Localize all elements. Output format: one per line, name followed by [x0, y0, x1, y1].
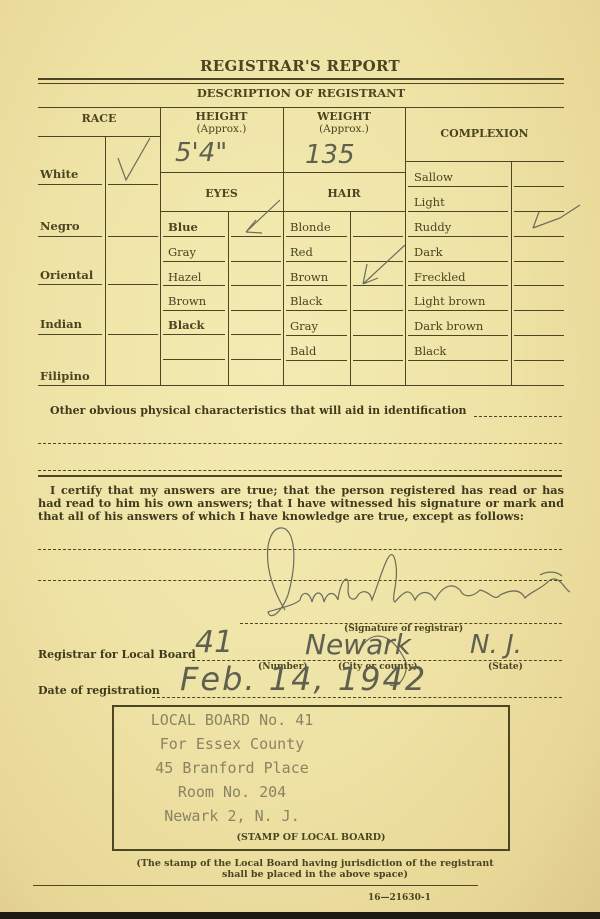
stamp-line-county: For Essex County: [112, 732, 352, 756]
other-characteristics-field[interactable]: [474, 416, 562, 417]
stamp-line-room: Room No. 204: [112, 780, 352, 804]
hair-brown-check-icon: [363, 245, 405, 284]
date-label: Date of registration: [38, 684, 160, 697]
other-characteristics-line-3[interactable]: [38, 470, 562, 471]
stamp-line-address: 45 Branford Place: [112, 756, 352, 780]
local-board-city[interactable]: Newark: [305, 628, 411, 661]
local-board-label: Registrar for Local Board: [38, 648, 196, 661]
stamp-caption: (STAMP OF LOCAL BOARD): [112, 832, 510, 843]
date-value[interactable]: Feb. 14, 1942: [180, 660, 427, 698]
stamp-text: LOCAL BOARD No. 41 For Essex County 45 B…: [112, 708, 352, 828]
complexion-ruddy-check-icon: [533, 205, 580, 228]
local-board-number[interactable]: 41: [195, 625, 233, 660]
local-board-state[interactable]: N. J.: [470, 630, 522, 660]
stamp-note: (The stamp of the Local Board having jur…: [100, 858, 530, 880]
stamp-note-line-2: shall be placed in the above space): [100, 869, 530, 880]
stamp-line-board: LOCAL BOARD No. 41: [112, 708, 352, 732]
race-white-check-icon: [118, 138, 150, 180]
other-characteristics-line-2[interactable]: [38, 443, 562, 444]
form-number: 16—21630-1: [368, 893, 431, 903]
state-caption: (State): [488, 662, 523, 672]
footer-rule: [33, 885, 478, 886]
check-marks: [0, 0, 600, 400]
stamp-note-line-1: (The stamp of the Local Board having jur…: [100, 858, 530, 869]
section-rule: [38, 475, 562, 477]
other-characteristics-label: Other obvious physical characteristics t…: [50, 404, 467, 417]
stamp-line-city: Newark 2, N. J.: [112, 804, 352, 828]
registrar-report-card: REGISTRAR'S REPORT DESCRIPTION OF REGIST…: [0, 0, 600, 912]
certification-text: I certify that my answers are true; that…: [38, 484, 564, 523]
eyes-blue-check-icon: [246, 200, 280, 233]
